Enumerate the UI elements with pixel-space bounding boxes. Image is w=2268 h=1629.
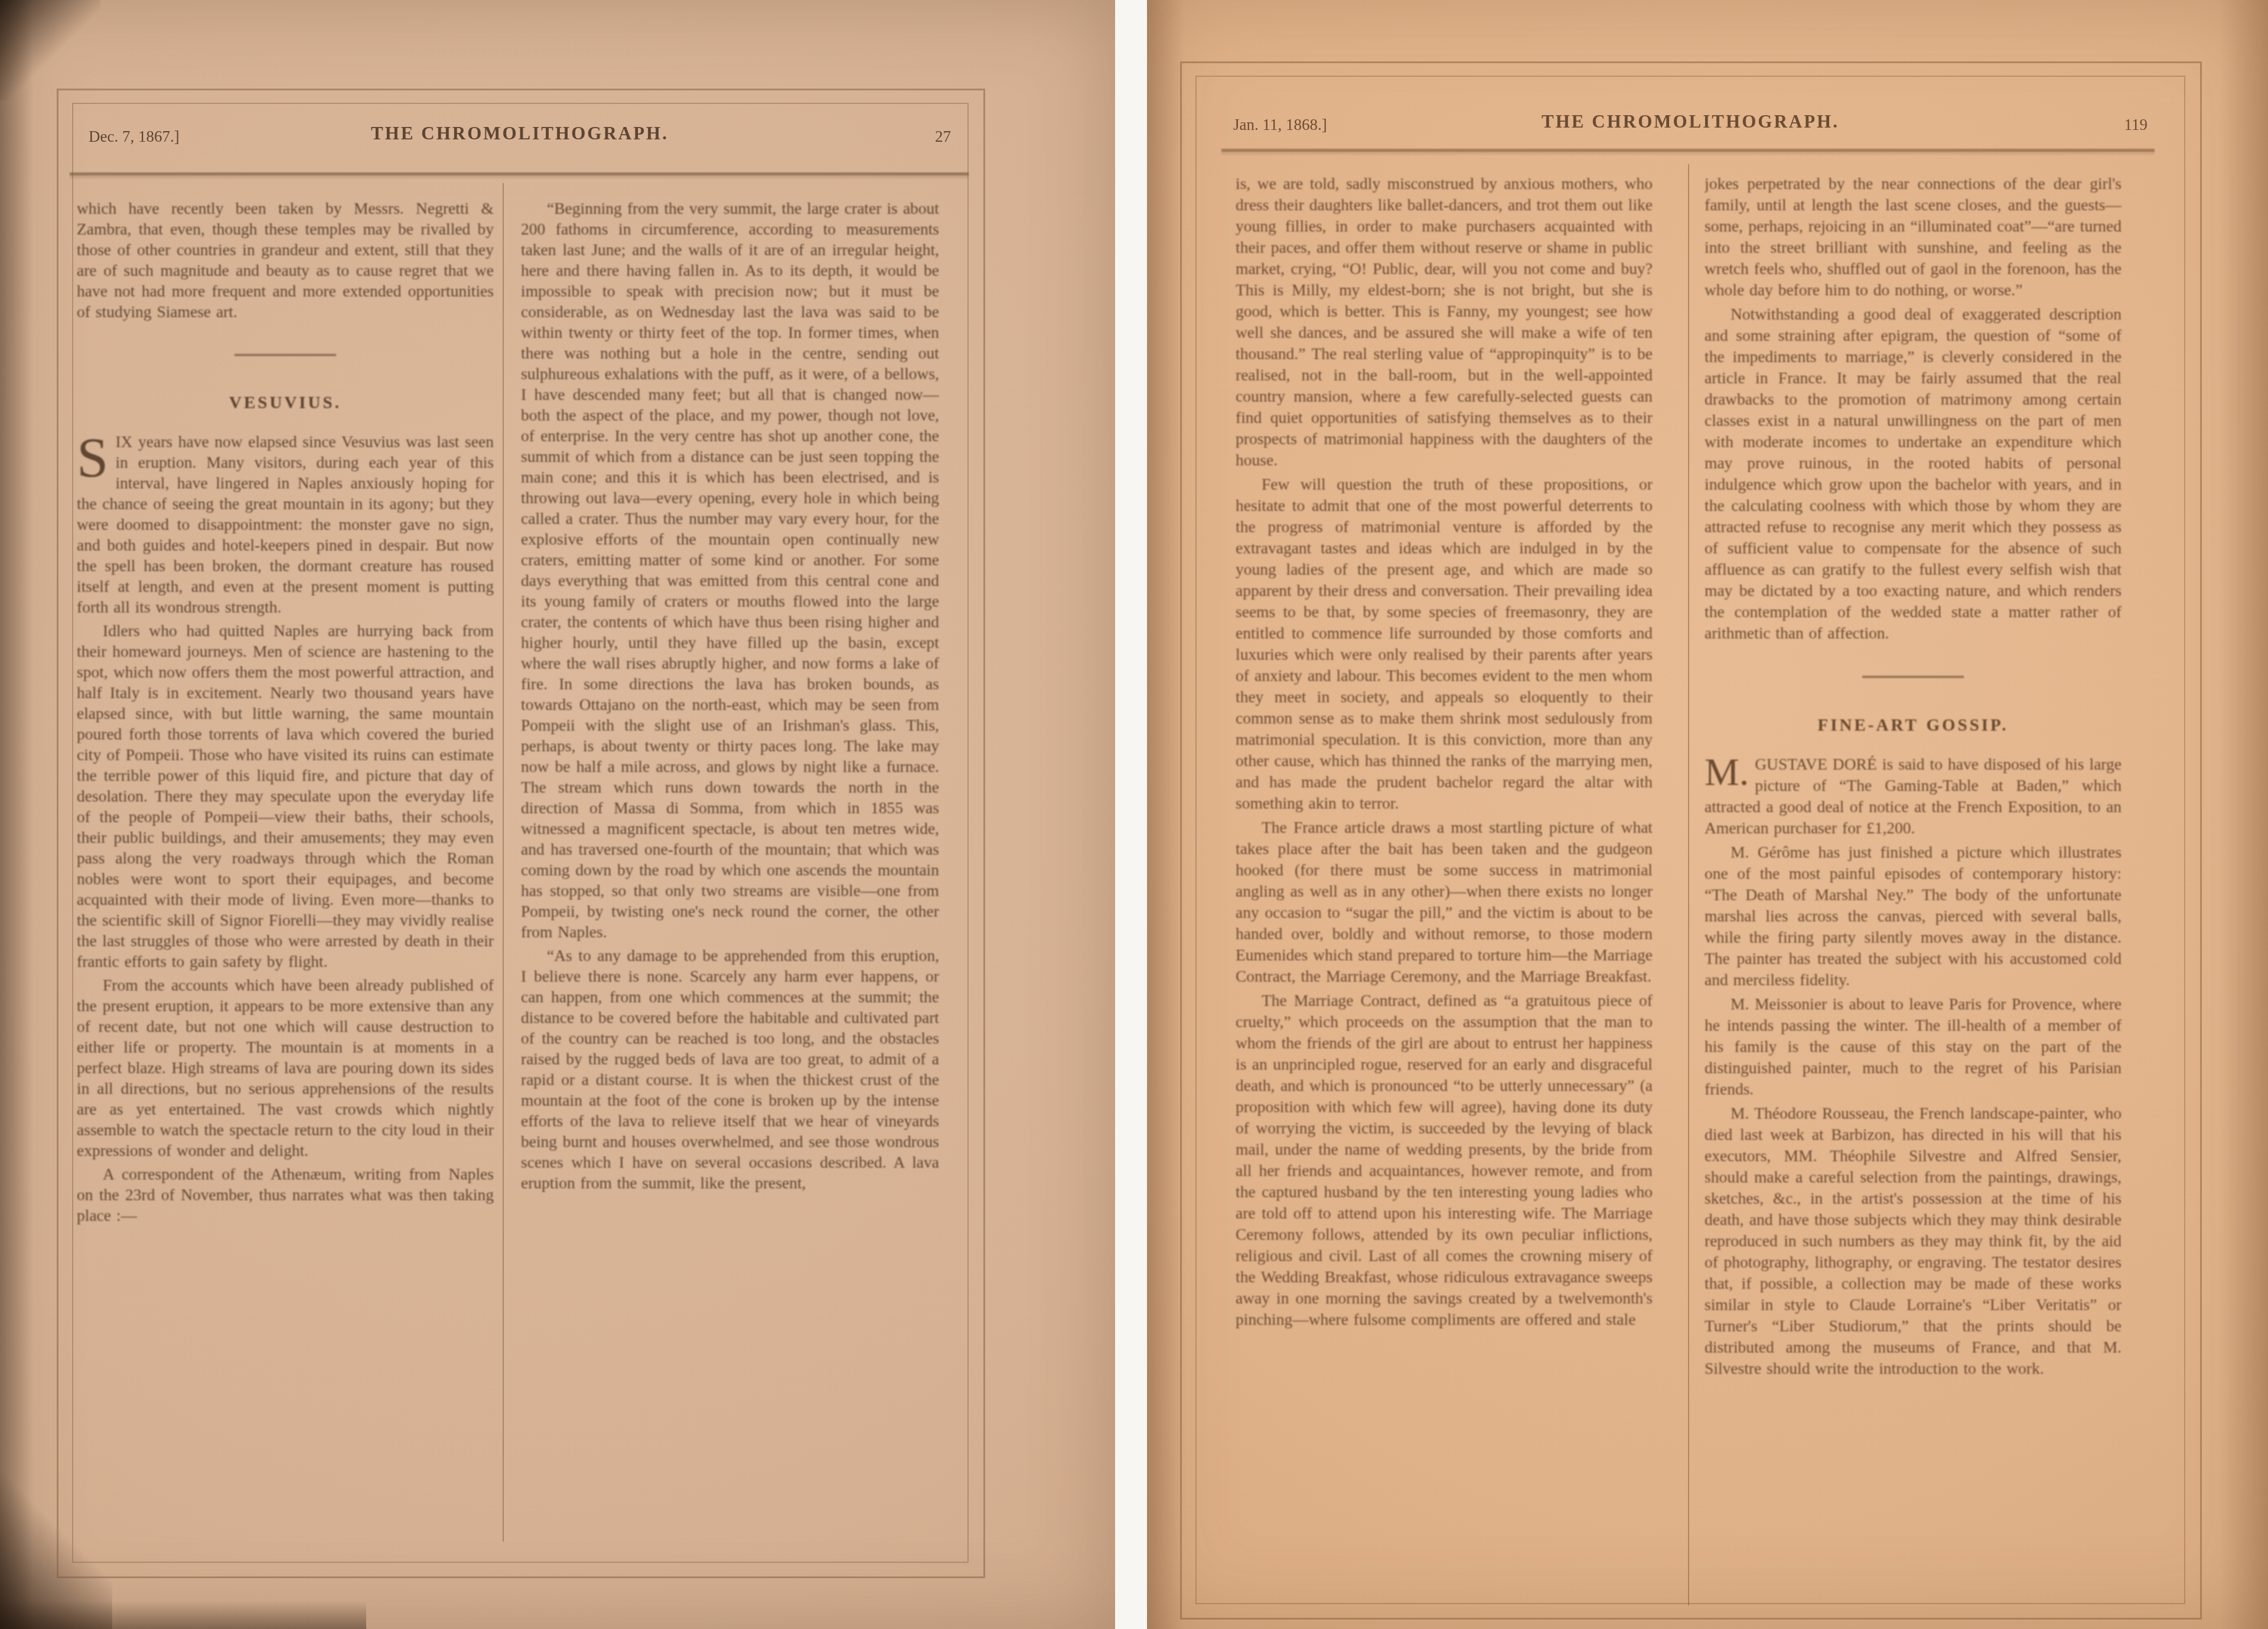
issue-date: Dec. 7, 1867.] bbox=[89, 128, 180, 146]
page-number: 119 bbox=[2124, 116, 2148, 134]
paragraph-text: GUSTAVE DORÉ is said to have disposed of… bbox=[1705, 755, 2122, 837]
column-divider bbox=[503, 183, 504, 1542]
page-corner-shadow-top-left bbox=[0, 0, 100, 100]
left-page-column-2: “Beginning from the very summit, the lar… bbox=[521, 198, 939, 1562]
drop-cap-m: M. bbox=[1705, 756, 1749, 789]
right-page-column-2: jokes perpetrated by the near connection… bbox=[1705, 173, 2122, 1602]
paragraph-fineart-4: M. Théodore Rousseau, the French landsca… bbox=[1705, 1103, 2122, 1379]
right-page-scan: Jan. 11, 1868.] THE CHROMOLITHOGRAPH. 11… bbox=[1147, 0, 2268, 1629]
paragraph-marriage-2: Few will question the truth of these pro… bbox=[1236, 474, 1653, 814]
page-number: 27 bbox=[935, 128, 951, 146]
paragraph-fineart-1: M.GUSTAVE DORÉ is said to have disposed … bbox=[1705, 754, 2122, 839]
paragraph-quote-2: “As to any damage to be apprehended from… bbox=[521, 945, 939, 1193]
paragraph-fineart-2: M. Gérôme has just finished a picture wh… bbox=[1705, 842, 2122, 991]
paragraph-quote-1: “Beginning from the very summit, the lar… bbox=[521, 198, 939, 942]
paragraph-vesuvius-2: Idlers who had quitted Naples are hurryi… bbox=[77, 620, 494, 972]
book-gutter-shadow bbox=[1147, 0, 1185, 1629]
left-page-column-1: which have recently been taken by Messrs… bbox=[77, 198, 494, 1553]
column-divider bbox=[1688, 164, 1689, 1605]
paragraph-marriage-5: jokes perpetrated by the near connection… bbox=[1705, 173, 2122, 301]
paragraph-text: IX years have now elapsed since Vesuvius… bbox=[77, 432, 494, 616]
issue-date: Jan. 11, 1868.] bbox=[1233, 116, 1327, 134]
paragraph-vesuvius-4: A correspondent of the Athenæum, writing… bbox=[77, 1164, 494, 1226]
article-heading-vesuvius: VESUVIUS. bbox=[77, 393, 494, 413]
book-edge-shadow bbox=[0, 0, 33, 1629]
paragraph-marriage-6: Notwithstanding a good deal of exaggerat… bbox=[1705, 304, 2122, 644]
section-divider bbox=[1862, 676, 1964, 678]
header-rule bbox=[1221, 149, 2155, 152]
page-edge-shadow-right bbox=[2203, 0, 2268, 1629]
section-divider bbox=[234, 354, 336, 356]
paragraph-marriage-4: The Marriage Contract, defined as “a gra… bbox=[1236, 990, 1653, 1330]
right-page-header: Jan. 11, 1868.] THE CHROMOLITHOGRAPH. 11… bbox=[1233, 111, 2148, 138]
article-heading-fine-art-gossip: FINE-ART GOSSIP. bbox=[1705, 715, 2122, 736]
left-page-header: Dec. 7, 1867.] THE CHROMOLITHOGRAPH. 27 bbox=[89, 123, 951, 150]
paragraph-article-end: which have recently been taken by Messrs… bbox=[77, 198, 494, 322]
paragraph-fineart-3: M. Meissonier is about to leave Paris fo… bbox=[1705, 993, 2122, 1100]
masthead-title: THE CHROMOLITHOGRAPH. bbox=[89, 123, 951, 144]
scanned-book-spread: { "left_page": { "header": { "date": "De… bbox=[0, 0, 2268, 1629]
page-bottom-shadow bbox=[0, 1601, 366, 1629]
paragraph-vesuvius-1: SIX years have now elapsed since Vesuviu… bbox=[77, 431, 494, 617]
drop-cap-s: S bbox=[77, 435, 108, 481]
masthead-title: THE CHROMOLITHOGRAPH. bbox=[1233, 111, 2148, 132]
paragraph-vesuvius-3: From the accounts which have been alread… bbox=[77, 975, 494, 1161]
paragraph-marriage-3: The France article draws a most startlin… bbox=[1236, 817, 1653, 987]
right-page-column-1: is, we are told, sadly misconstrued by a… bbox=[1236, 173, 1653, 1558]
left-page-scan: Dec. 7, 1867.] THE CHROMOLITHOGRAPH. 27 … bbox=[0, 0, 1115, 1629]
paragraph-marriage-1: is, we are told, sadly misconstrued by a… bbox=[1236, 173, 1653, 471]
header-rule bbox=[70, 172, 969, 175]
